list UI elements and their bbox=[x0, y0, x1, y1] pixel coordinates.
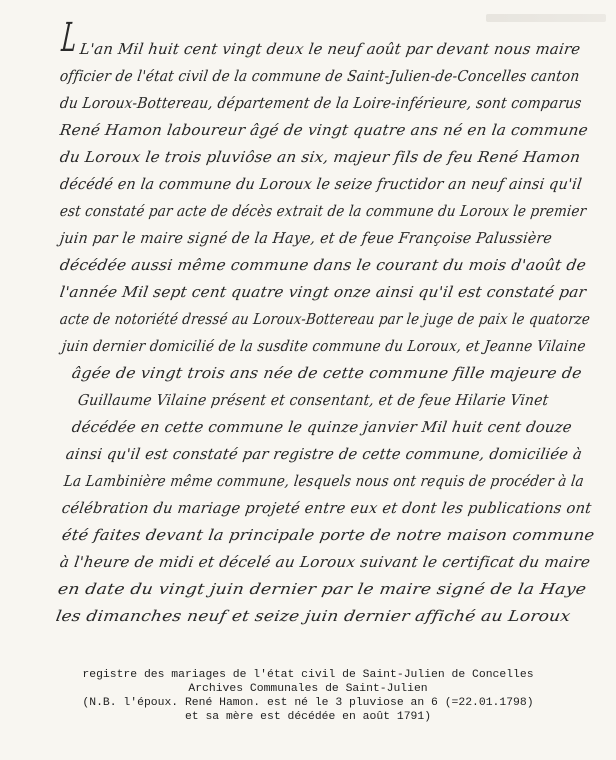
handwritten-line: célébration du mariage projeté entre eux… bbox=[61, 499, 593, 517]
handwritten-line: les dimanches neuf et seize juin dernier… bbox=[55, 607, 572, 625]
handwritten-line: décédé en la commune du Loroux le seize … bbox=[59, 175, 583, 193]
initial-letter: L bbox=[60, 18, 78, 58]
handwritten-line: officier de l'état civil de la commune d… bbox=[59, 67, 581, 85]
handwritten-line: est constaté par acte de décès extrait d… bbox=[59, 202, 588, 220]
caption-line-note-birth: (N.B. l'époux. René Hamon. est né le 3 p… bbox=[0, 696, 616, 710]
handwritten-line: décédée en cette commune le quinze janvi… bbox=[71, 418, 573, 436]
handwritten-line: L'an Mil huit cent vingt deux le neuf ao… bbox=[79, 40, 582, 58]
handwritten-line: La Lambinière même commune, lesquels nou… bbox=[63, 472, 585, 490]
caption-line-register: registre des mariages de l'état civil de… bbox=[0, 668, 616, 682]
handwritten-line: été faites devant la principale porte de… bbox=[61, 526, 596, 544]
caption-block: registre des mariages de l'état civil de… bbox=[0, 668, 616, 724]
handwritten-line: Guillaume Vilaine présent et consentant,… bbox=[77, 391, 550, 409]
handwritten-line: ainsi qu'il est constaté par registre de… bbox=[65, 445, 584, 463]
handwritten-line: âgée de vingt trois ans née de cette com… bbox=[71, 364, 583, 382]
handwritten-line: acte de notoriété dressé au Loroux-Botte… bbox=[59, 310, 591, 328]
handwritten-line: à l'heure de midi et décelé au Loroux su… bbox=[59, 553, 592, 571]
handwritten-line: juin dernier domicilié de la susdite com… bbox=[61, 337, 587, 355]
handwritten-line: en date du vingt juin dernier par le mai… bbox=[57, 580, 588, 598]
handwritten-line: du Loroux-Bottereau, département de la L… bbox=[59, 94, 583, 112]
handwritten-line: René Hamon laboureur âgé de vingt quatre… bbox=[59, 121, 590, 139]
bleed-through-mark bbox=[486, 14, 606, 22]
caption-line-note-mother: et sa mère est décédée en août 1791) bbox=[0, 710, 616, 724]
handwritten-line: du Loroux le trois pluviôse an six, maje… bbox=[59, 148, 582, 166]
handwritten-line: l'année Mil sept cent quatre vingt onze … bbox=[59, 283, 588, 301]
scanned-register-page: L L'an Mil huit cent vingt deux le neuf … bbox=[0, 0, 616, 760]
handwritten-line: juin par le maire signé de la Haye, et d… bbox=[59, 229, 553, 247]
caption-line-archives: Archives Communales de Saint-Julien bbox=[0, 682, 616, 696]
handwritten-line: décédée aussi même commune dans le coura… bbox=[59, 256, 588, 274]
